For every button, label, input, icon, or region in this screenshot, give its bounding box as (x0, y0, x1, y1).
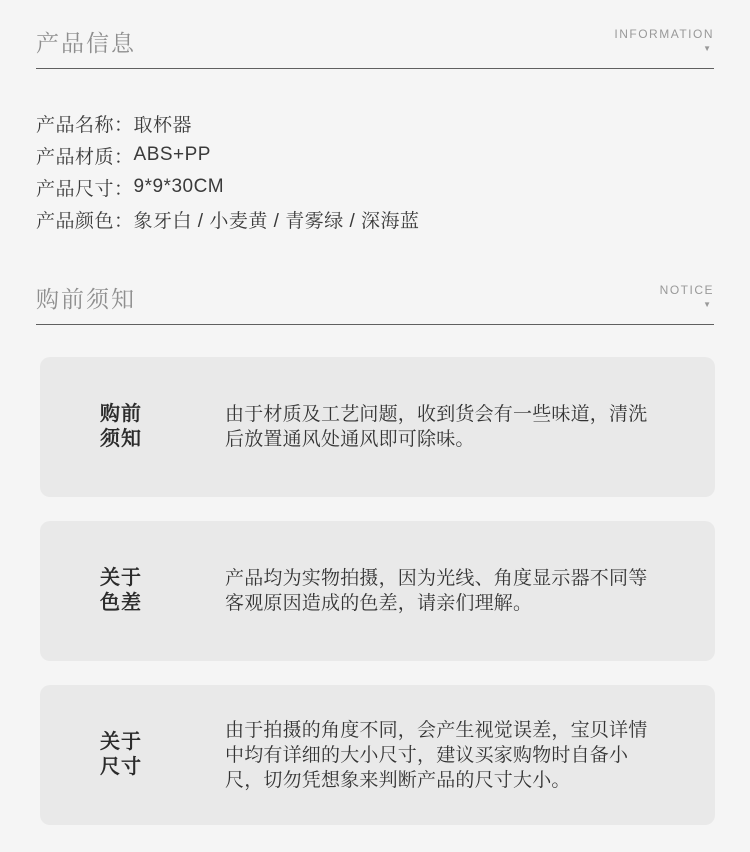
notice-card-text: 由于拍摄的角度不同，会产生视觉误差，宝贝详情中均有详细的大小尺寸，建议买家购物时… (225, 700, 663, 811)
notice-label-line2: 尺寸 (100, 755, 225, 780)
product-spec-list: 产品名称： 取杯器 产品材质： ABS+PP 产品尺寸： 9*9*30CM 产品… (36, 107, 714, 235)
product-row-value: 取杯器 (134, 110, 193, 137)
notice-label-line1: 购前 (100, 402, 225, 427)
product-row-label: 产品尺寸： (36, 174, 134, 201)
notice-label-line2: 色差 (100, 591, 225, 616)
notice-label-line2: 须知 (100, 427, 225, 452)
product-row-label: 产品颜色： (36, 206, 134, 233)
section-title-info: 产品信息 (36, 30, 136, 56)
notice-card-size: 关于 尺寸 由于拍摄的角度不同，会产生视觉误差，宝贝详情中均有详细的大小尺寸，建… (40, 685, 715, 825)
product-row-value: 9*9*30CM (134, 176, 225, 198)
divider (36, 68, 714, 69)
notice-card-text: 产品均为实物拍摄，因为光线、角度显示器不同等客观原因造成的色差，请亲们理解。 (225, 548, 663, 634)
section-header-info: 产品信息 INFORMATION ▼ (36, 0, 714, 56)
section-header-notice: 购前须知 NOTICE ▼ (36, 235, 714, 312)
notice-card-label: 关于 尺寸 (100, 730, 225, 780)
divider (36, 324, 714, 325)
product-row-name: 产品名称： 取杯器 (36, 107, 714, 139)
section-subtitle-notice: NOTICE (660, 283, 714, 297)
notice-card-label: 关于 色差 (100, 566, 225, 616)
section-title-notice: 购前须知 (36, 286, 136, 312)
section-subtitle-info: INFORMATION (614, 27, 714, 41)
product-row-value: ABS+PP (134, 144, 211, 166)
product-row-material: 产品材质： ABS+PP (36, 139, 714, 171)
section-header-right-notice: NOTICE ▼ (660, 283, 714, 312)
caret-down-icon: ▼ (660, 300, 714, 310)
notice-card-text: 由于材质及工艺问题，收到货会有一些味道，清洗后放置通风处通风即可除味。 (225, 384, 663, 470)
product-row-color: 产品颜色： 象牙白 / 小麦黄 / 青雾绿 / 深海蓝 (36, 203, 714, 235)
section-header-right-info: INFORMATION ▼ (614, 27, 714, 56)
notice-card-color-difference: 关于 色差 产品均为实物拍摄，因为光线、角度显示器不同等客观原因造成的色差，请亲… (40, 521, 715, 661)
product-detail-page: 产品信息 INFORMATION ▼ 产品名称： 取杯器 产品材质： ABS+P… (0, 0, 750, 852)
notice-card-label: 购前 须知 (100, 402, 225, 452)
notice-label-line1: 关于 (100, 566, 225, 591)
notice-card-smell: 购前 须知 由于材质及工艺问题，收到货会有一些味道，清洗后放置通风处通风即可除味… (40, 357, 715, 497)
product-row-size: 产品尺寸： 9*9*30CM (36, 171, 714, 203)
product-row-label: 产品名称： (36, 110, 134, 137)
product-row-label: 产品材质： (36, 142, 134, 169)
notice-label-line1: 关于 (100, 730, 225, 755)
caret-down-icon: ▼ (614, 44, 714, 54)
product-row-value: 象牙白 / 小麦黄 / 青雾绿 / 深海蓝 (134, 206, 420, 233)
